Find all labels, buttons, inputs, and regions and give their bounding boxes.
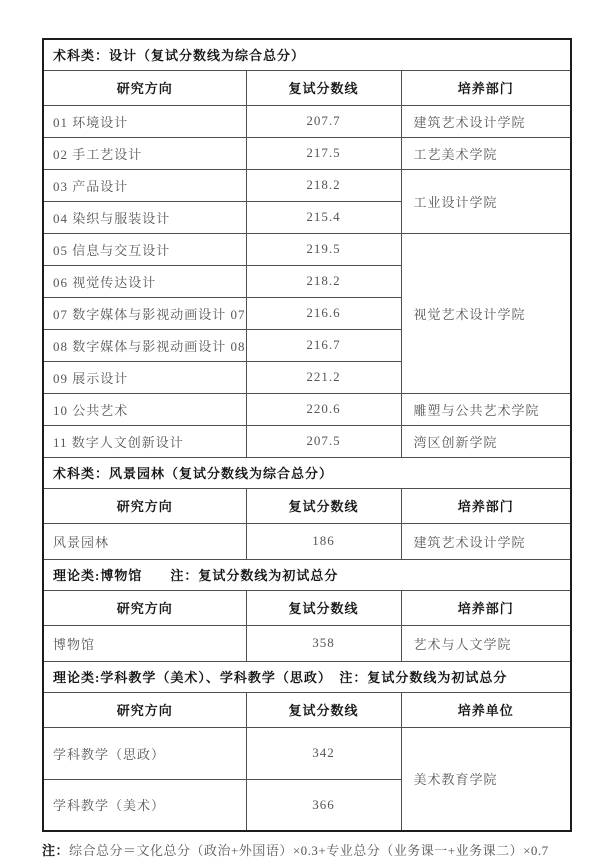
column-header-direction: 研究方向: [43, 70, 246, 105]
document-page: 术科类：设计（复试分数线为综合总分） 研究方向 复试分数线 培养部门 01 环境…: [0, 0, 598, 866]
table-row: 02 手工艺设计 217.5 工艺美术学院: [43, 137, 571, 169]
column-header-score: 复试分数线: [246, 590, 401, 625]
footnote-text: 综合总分＝文化总分（政治+外国语）×0.3+专业总分（业务课一+业务课二）×0.…: [69, 843, 549, 858]
section-title-row: 术科类：设计（复试分数线为综合总分）: [43, 39, 571, 70]
score-cell: 217.5: [246, 137, 401, 169]
table-row: 01 环境设计 207.7 建筑艺术设计学院: [43, 105, 571, 137]
department-cell: 雕塑与公共艺术学院: [401, 393, 571, 425]
direction-cell: 学科教学（思政）: [43, 727, 246, 779]
header-row: 研究方向 复试分数线 培养部门: [43, 70, 571, 105]
score-cell: 366: [246, 779, 401, 831]
column-header-department: 培养部门: [401, 590, 571, 625]
header-row: 研究方向 复试分数线 培养单位: [43, 692, 571, 727]
direction-cell: 风景园林: [43, 523, 246, 559]
section-title: 术科类：风景园林（复试分数线为综合总分）: [43, 457, 571, 488]
score-cell: 221.2: [246, 361, 401, 393]
table-row: 学科教学（思政） 342 美术教育学院: [43, 727, 571, 779]
footnote: 注：综合总分＝文化总分（政治+外国语）×0.3+专业总分（业务课一+业务课二）×…: [42, 840, 582, 859]
header-row: 研究方向 复试分数线 培养部门: [43, 488, 571, 523]
section-title: 理论类:博物馆 注：复试分数线为初试总分: [43, 559, 571, 590]
department-cell: 艺术与人文学院: [401, 625, 571, 661]
section-title: 理论类:学科教学（美术）、学科教学（思政） 注：复试分数线为初试总分: [43, 661, 571, 692]
score-cell: 218.2: [246, 265, 401, 297]
direction-cell: 07 数字媒体与影视动画设计 07: [43, 297, 246, 329]
score-cell: 358: [246, 625, 401, 661]
section-title-row: 理论类:学科教学（美术）、学科教学（思政） 注：复试分数线为初试总分: [43, 661, 571, 692]
table-row: 05 信息与交互设计 219.5 视觉艺术设计学院: [43, 233, 571, 265]
department-cell: 建筑艺术设计学院: [401, 105, 571, 137]
direction-cell: 06 视觉传达设计: [43, 265, 246, 297]
direction-cell: 博物馆: [43, 625, 246, 661]
score-cell: 220.6: [246, 393, 401, 425]
department-cell: 湾区创新学院: [401, 425, 571, 457]
column-header-score: 复试分数线: [246, 488, 401, 523]
table-row: 博物馆 358 艺术与人文学院: [43, 625, 571, 661]
direction-cell: 03 产品设计: [43, 169, 246, 201]
section-title-row: 术科类：风景园林（复试分数线为综合总分）: [43, 457, 571, 488]
score-cell: 216.7: [246, 329, 401, 361]
header-row: 研究方向 复试分数线 培养部门: [43, 590, 571, 625]
direction-cell: 02 手工艺设计: [43, 137, 246, 169]
direction-cell: 学科教学（美术）: [43, 779, 246, 831]
direction-cell: 11 数字人文创新设计: [43, 425, 246, 457]
department-cell: 视觉艺术设计学院: [401, 233, 571, 393]
column-header-score: 复试分数线: [246, 692, 401, 727]
column-header-score: 复试分数线: [246, 70, 401, 105]
footnote-label: 注：: [42, 843, 69, 858]
score-cell: 219.5: [246, 233, 401, 265]
department-cell: 美术教育学院: [401, 727, 571, 831]
score-cell: 218.2: [246, 169, 401, 201]
admission-score-table: 术科类：设计（复试分数线为综合总分） 研究方向 复试分数线 培养部门 01 环境…: [42, 38, 572, 832]
score-cell: 342: [246, 727, 401, 779]
column-header-direction: 研究方向: [43, 488, 246, 523]
department-cell: 工业设计学院: [401, 169, 571, 233]
column-header-direction: 研究方向: [43, 590, 246, 625]
direction-cell: 08 数字媒体与影视动画设计 08: [43, 329, 246, 361]
table-row: 03 产品设计 218.2 工业设计学院: [43, 169, 571, 201]
column-header-department: 培养部门: [401, 70, 571, 105]
section-title-row: 理论类:博物馆 注：复试分数线为初试总分: [43, 559, 571, 590]
department-cell: 建筑艺术设计学院: [401, 523, 571, 559]
direction-cell: 10 公共艺术: [43, 393, 246, 425]
direction-cell: 09 展示设计: [43, 361, 246, 393]
direction-cell: 04 染织与服装设计: [43, 201, 246, 233]
score-cell: 215.4: [246, 201, 401, 233]
score-cell: 207.5: [246, 425, 401, 457]
column-header-direction: 研究方向: [43, 692, 246, 727]
table-row: 风景园林 186 建筑艺术设计学院: [43, 523, 571, 559]
score-cell: 216.6: [246, 297, 401, 329]
direction-cell: 01 环境设计: [43, 105, 246, 137]
section-title: 术科类：设计（复试分数线为综合总分）: [43, 39, 571, 70]
column-header-unit: 培养单位: [401, 692, 571, 727]
score-cell: 186: [246, 523, 401, 559]
table-row: 11 数字人文创新设计 207.5 湾区创新学院: [43, 425, 571, 457]
direction-cell: 05 信息与交互设计: [43, 233, 246, 265]
department-cell: 工艺美术学院: [401, 137, 571, 169]
table-row: 10 公共艺术 220.6 雕塑与公共艺术学院: [43, 393, 571, 425]
column-header-department: 培养部门: [401, 488, 571, 523]
score-cell: 207.7: [246, 105, 401, 137]
